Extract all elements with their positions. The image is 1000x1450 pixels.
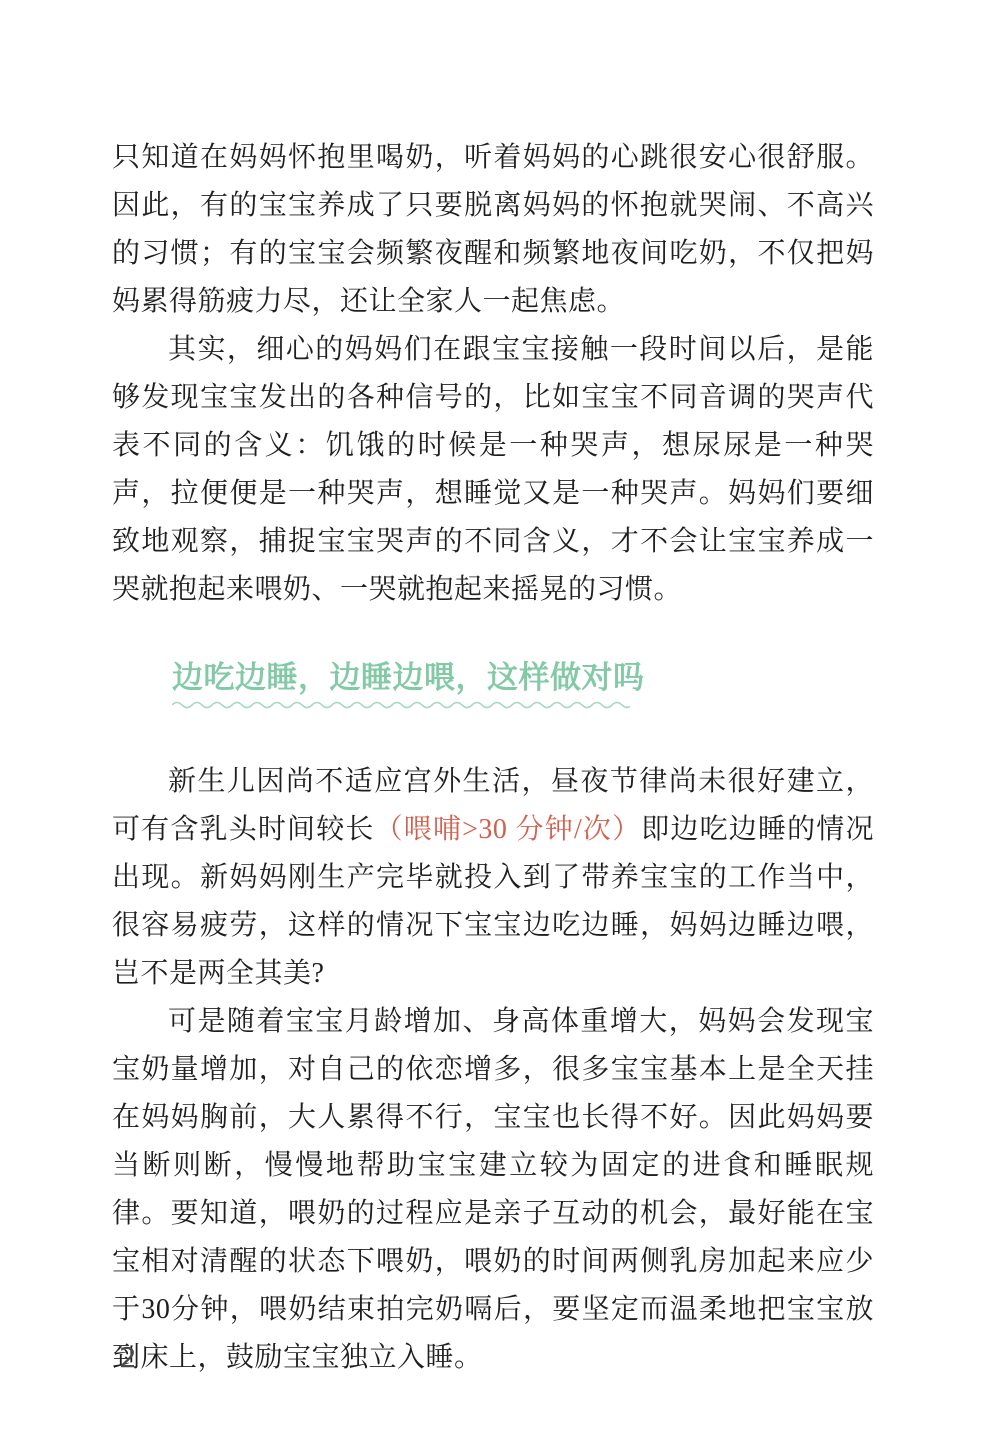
section-heading: 边吃边睡，边睡边喂，这样做对吗 [172,658,874,698]
page-number: 2 [119,1338,137,1378]
paragraph-3-highlight: （喂哺>30 分钟/次） [375,814,642,845]
page-content: 只知道在妈妈怀抱里喝奶，听着妈妈的心跳很安心很舒服。因此，有的宝宝养成了只要脱离… [112,134,874,1382]
paragraph-2: 其实，细心的妈妈们在跟宝宝接触一段时间以后，是能够发现宝宝发出的各种信号的，比如… [112,326,874,614]
paragraph-3: 新生儿因尚不适应宫外生活，昼夜节律尚未很好建立，可有含乳头时间较长（喂哺>30 … [112,758,874,998]
paragraph-4: 可是随着宝宝月龄增加、身高体重增大，妈妈会发现宝宝奶量增加，对自己的依恋增多，很… [112,998,874,1382]
wavy-underline-icon [172,700,630,710]
section-heading-block: 边吃边睡，边睡边喂，这样做对吗 [172,658,874,712]
paragraph-1: 只知道在妈妈怀抱里喝奶，听着妈妈的心跳很安心很舒服。因此，有的宝宝养成了只要脱离… [112,134,874,326]
book-page: 只知道在妈妈怀抱里喝奶，听着妈妈的心跳很安心很舒服。因此，有的宝宝养成了只要脱离… [0,0,1000,1450]
